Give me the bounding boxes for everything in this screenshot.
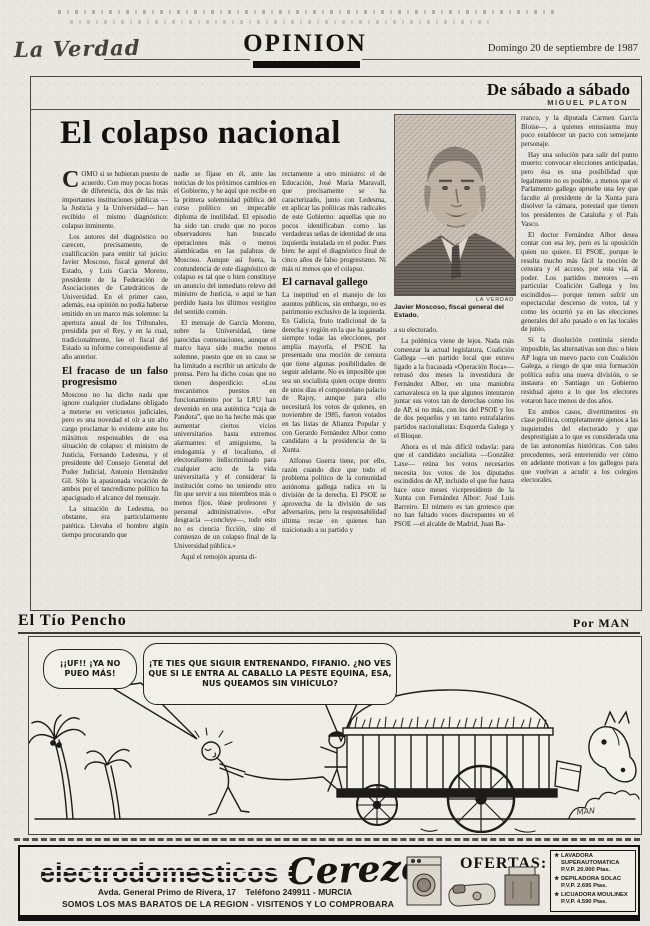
article-paragraph: Si la disolución continúa siendo imposib…: [521, 336, 638, 405]
speech-bubble-rider: ¡TE TIES QUE SIGUIR ENTRENANDO, FIFANIO.…: [143, 643, 397, 705]
speech-bubble-fifanio: ¡¡UF!! ¡YA NO PUEO MÁS!: [43, 649, 137, 689]
article-paragraph: Alfonso Guerra tiene, por ello, razón cu…: [282, 457, 386, 534]
article-paragraph: La polémica viene de lejos. Nada más com…: [394, 337, 514, 440]
header-rule-left: [104, 59, 250, 60]
offer-price: P.V.P. 4.590 Ptas.: [561, 899, 607, 905]
star-icon: ★: [554, 876, 559, 883]
ad-slogan: SOMOS LOS MAS BARATOS DE LA REGION - VIS…: [28, 899, 428, 909]
ad-offer-item: ★ DEPILADORA SOLAC P.V.P. 2.695 Ptas.: [554, 876, 633, 890]
cartoon-byline: Por MAN: [573, 616, 630, 631]
cartoon-title: El Tío Pencho: [18, 612, 127, 630]
ad-offer-item: ★ LICUADORA MOULINEX P.V.P. 4.590 Ptas.: [554, 892, 633, 906]
offer-name: DEPILADORA SOLAC: [561, 876, 621, 882]
article-paragraph: En ambos casos, divertimentos en clase p…: [521, 408, 638, 485]
article-paragraph: rectamente a otro ministro: el de Educac…: [282, 170, 386, 273]
offer-name: LICUADORA MOULINEX: [561, 892, 628, 898]
photo-caption: Javier Moscoso, fiscal general del Estad…: [394, 304, 514, 320]
article-paragraph: La situación de Ledesma, no obstante, er…: [62, 505, 168, 539]
article-paragraph: Hay una solución para salir del punto mu…: [521, 151, 638, 228]
page-date: Domingo 20 de septiembre de 1987: [488, 43, 638, 54]
ad-brand-stripe: [42, 876, 292, 878]
article-paragraph: El mensaje de García Moreno, sobre la Un…: [174, 319, 276, 551]
moscoso-photo: [394, 114, 516, 296]
offer-price: P.V.P. 20.000 Ptas.: [561, 867, 610, 873]
cartoon-panel: MAN ¡¡UF!! ¡YA NO PUEO MÁS! ¡TE TIES QUE…: [28, 636, 642, 835]
star-icon: ★: [554, 853, 559, 860]
ad-product-images: [405, 855, 550, 911]
column-header-divider: [30, 109, 640, 110]
article-headline: El colapso nacional: [60, 115, 390, 152]
article-column-1: COMO si se hubieran puesto de acuerdo. C…: [62, 170, 168, 607]
article-paragraph: Moscoso no ha dicho nada que ignore cual…: [62, 391, 168, 503]
article-paragraph: El doctor Fernández Albor desea contar c…: [521, 231, 638, 334]
article-paragraph: nadie se fijase en él, ante las noticias…: [174, 170, 276, 316]
article-paragraph: Aquí el remojón apunta di-: [174, 553, 276, 562]
article-column-2: nadie se fijase en él, ante las noticias…: [174, 170, 276, 607]
offer-name: LAVADORA SUPERAUTOMATICA: [561, 853, 619, 866]
section-title: OPINION: [240, 30, 370, 58]
article-paragraph: Los autores del diagnóstico no carecen, …: [62, 233, 168, 362]
cartoon-rule: [18, 632, 640, 634]
section-underline-bar: [253, 61, 360, 68]
scan-noise-decoration: [70, 20, 490, 24]
section-separator: [14, 838, 640, 841]
article-column-3: rectamente a otro ministro: el de Educac…: [282, 170, 386, 607]
advertisement: electrodomesticosCerezo Avda. General Pr…: [18, 845, 640, 921]
scan-noise-decoration: [58, 10, 558, 14]
article-subhead: El fracaso de un falso progresismo: [62, 366, 168, 388]
column-author: MIGUEL PLATON: [547, 98, 628, 107]
blender-icon: [505, 875, 539, 905]
article-paragraph: rranco, y la diputada Carmen García Bloi…: [521, 114, 638, 148]
ad-brand-stripe: [42, 870, 292, 872]
ad-offers-list: ★ LAVADORA SUPERAUTOMATICA P.V.P. 20.000…: [550, 850, 636, 912]
photo-credit: LA VERDAD: [394, 297, 514, 303]
newspaper-page: La Verdad OPINION Domingo 20 de septiemb…: [0, 0, 650, 926]
article-paragraph: Ahora es el más difícil todavía: para qu…: [394, 443, 514, 529]
ad-address: Avda. General Primo de Rivera, 17: [98, 887, 236, 897]
ad-offer-item: ★ LAVADORA SUPERAUTOMATICA P.V.P. 20.000…: [554, 853, 633, 874]
article-paragraph: a su electorado.: [394, 326, 514, 335]
ad-brand-stripe: [42, 864, 292, 866]
ad-address-line: Avda. General Primo de Rivera, 17 Teléfo…: [50, 887, 400, 897]
article-paragraph: La ineptitud en el manejo de los asuntos…: [282, 291, 386, 454]
article-paragraph: COMO si se hubieran puesto de acuerdo. C…: [62, 170, 168, 230]
ad-brand-name: electrodomesticos: [40, 858, 279, 888]
header-rule-right: [362, 59, 640, 60]
star-icon: ★: [554, 892, 559, 899]
article-subhead: El carnaval gallego: [282, 277, 386, 288]
ad-phone: Teléfono 249911 - MURCIA: [245, 887, 352, 897]
article-column-4: a su electorado. La polémica viene de le…: [394, 326, 514, 607]
offer-price: P.V.P. 2.695 Ptas.: [561, 883, 607, 889]
article-column-5: rranco, y la diputada Carmen García Bloi…: [521, 114, 638, 607]
cartoonist-signature: MAN: [576, 806, 595, 817]
column-title: De sábado a sábado: [487, 80, 630, 100]
